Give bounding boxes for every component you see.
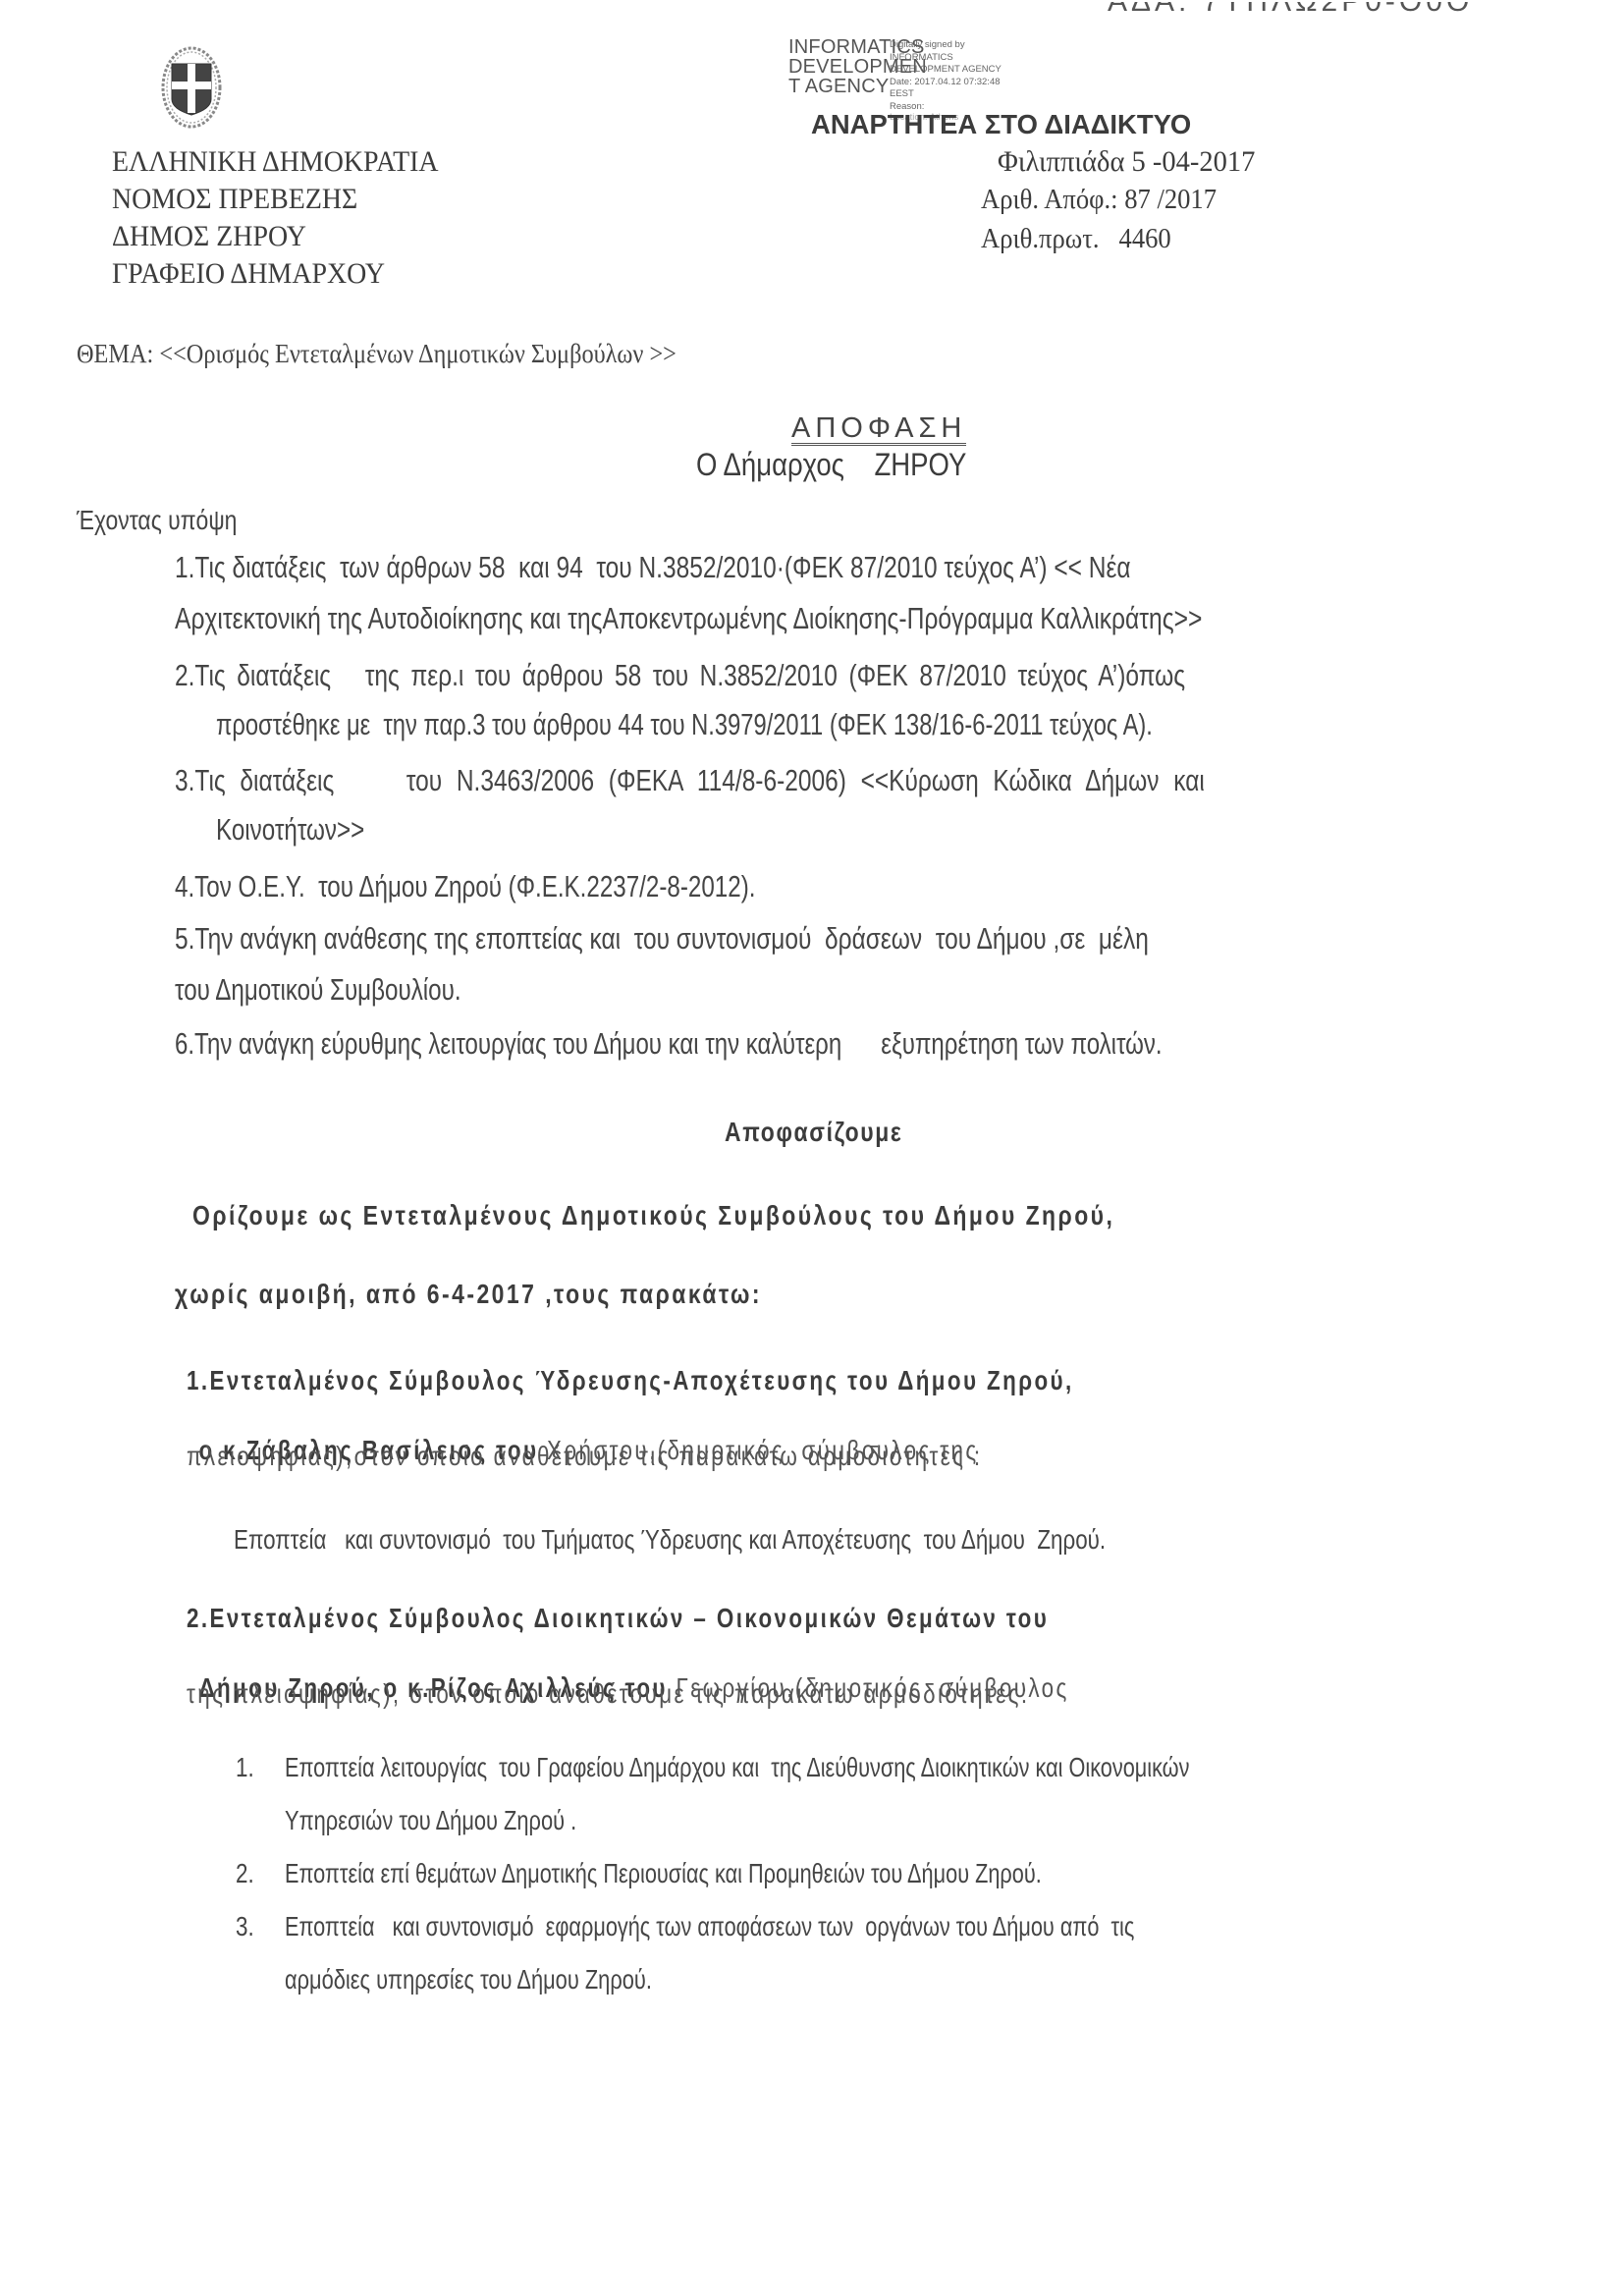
consideration-line: 2.Τις διατάξεις της περ.ι του άρθρου 58 …: [175, 658, 1185, 693]
duty-item: Εποπτεία και συντονισμό του Τμήματος Ύδρ…: [234, 1524, 1106, 1556]
consideration-line: Κοινοτήτων>>: [216, 812, 364, 847]
decision-intro-line: Ορίζουμε ως Εντεταλμένους Δημοτικούς Συμ…: [192, 1200, 1114, 1231]
duty-number: 2.: [236, 1858, 254, 1889]
document-subject: ΘΕΜΑ: <<Ορισμός Εντεταλμένων Δημοτικών Σ…: [77, 339, 677, 369]
consideration-line: του Δημοτικού Συμβουλίου.: [175, 972, 461, 1008]
councillor-1-heading: 1.Εντεταλμένος Σύμβουλος Ύδρευσης-Αποχέτ…: [187, 1365, 1074, 1396]
duty-item-continued: αρμόδιες υπηρεσίες του Δήμου Ζηρού.: [285, 1964, 652, 1995]
duty-number: 1.: [236, 1752, 254, 1783]
protocol-number: Αριθ.πρωτ. 4460: [981, 224, 1171, 255]
consideration-line: 3.Τις διατάξεις του Ν.3463/2006 (ΦΕΚΑ 11…: [175, 763, 1205, 798]
decide-label: Αποφασίζουμε: [725, 1117, 902, 1148]
councillor-1-duties-intro: πλειοψηφίας),στον οποίο αναθέτουμε τις π…: [187, 1441, 983, 1472]
duty-item: Εποπτεία και συντονισμό εφαρμογής των απ…: [285, 1911, 1134, 1942]
decision-number: Αριθ. Απόφ.: 87 /2017: [981, 185, 1217, 216]
authority-line: ΝΟΜΟΣ ΠΡΕΒΕΖΗΣ: [112, 183, 357, 216]
issuer: Ο Δήμαρχος ΖΗΡΟΥ: [696, 447, 966, 483]
document-title: ΑΠΟΦΑΣΗ: [791, 414, 966, 446]
authority-line: ΓΡΑΦΕΙΟ ΔΗΜΑΡΧΟΥ: [112, 257, 385, 291]
councillor-2-duties-intro: της πλειοψηφίας), στον οποίο αναθέτουμε …: [187, 1678, 1029, 1710]
signature-detail: Digitally signed by: [890, 39, 1001, 52]
consideration-line: 5.Την ανάγκη ανάθεσης της εποπτείας και …: [175, 921, 1149, 957]
authority-line: ΔΗΜΟΣ ΖΗΡΟΥ: [112, 220, 306, 253]
signature-detail: INFORMATICS: [890, 52, 1001, 65]
duty-item-continued: Υπηρεσιών του Δήμου Ζηρού .: [285, 1805, 576, 1836]
signature-detail: DEVELOPMENT AGENCY: [890, 64, 1001, 77]
consideration-line: Αρχιτεκτονική της Αυτοδιοίκησης και τηςΑ…: [175, 601, 1202, 636]
consideration-line: 6.Την ανάγκη εύρυθμης λειτουργίας του Δή…: [175, 1026, 1163, 1062]
consideration-line: 1.Τις διατάξεις των άρθρων 58 και 94 του…: [175, 550, 1131, 585]
authority-line: ΕΛΛΗΝΙΚΗ ΔΗΜΟΚΡΑΤΙΑ: [112, 145, 439, 179]
consideration-line: 4.Τον Ο.Ε.Υ. του Δήμου Ζηρού (Φ.Ε.Κ.2237…: [175, 869, 755, 904]
decision-intro-line: χωρίς αμοιβή, από 6-4-2017 ,τους παρακάτ…: [175, 1279, 762, 1310]
signature-detail: EEST: [890, 88, 1001, 101]
place-date: Φιλιππιάδα 5 -04-2017: [998, 145, 1255, 179]
signature-detail: Date: 2017.04.12 07:32:48: [890, 77, 1001, 89]
duty-item: Εποπτεία επί θεμάτων Δημοτικής Περιουσία…: [285, 1858, 1042, 1889]
ada-code: ΑΔΑ: 7ΥΠΛΩ2Ρ0-Θ0Θ: [1108, 2, 1473, 22]
greek-coat-of-arms-icon: [159, 44, 224, 133]
consideration-line: προστέθηκε με την παρ.3 του άρθρου 44 το…: [216, 707, 1153, 742]
councillor-2-heading: 2.Εντεταλμένος Σύμβουλος Διοικητικών – Ο…: [187, 1603, 1049, 1634]
publish-online-stamp: ΑΝΑΡΤΗΤΕΑ ΣΤΟ ΔΙΑΔΙΚΤΥΟ: [811, 109, 1191, 140]
duty-number: 3.: [236, 1911, 254, 1942]
duty-item: Εποπτεία λειτουργίας του Γραφείου Δημάρχ…: [285, 1752, 1189, 1783]
considering-label: Έχοντας υπόψη: [77, 505, 237, 536]
